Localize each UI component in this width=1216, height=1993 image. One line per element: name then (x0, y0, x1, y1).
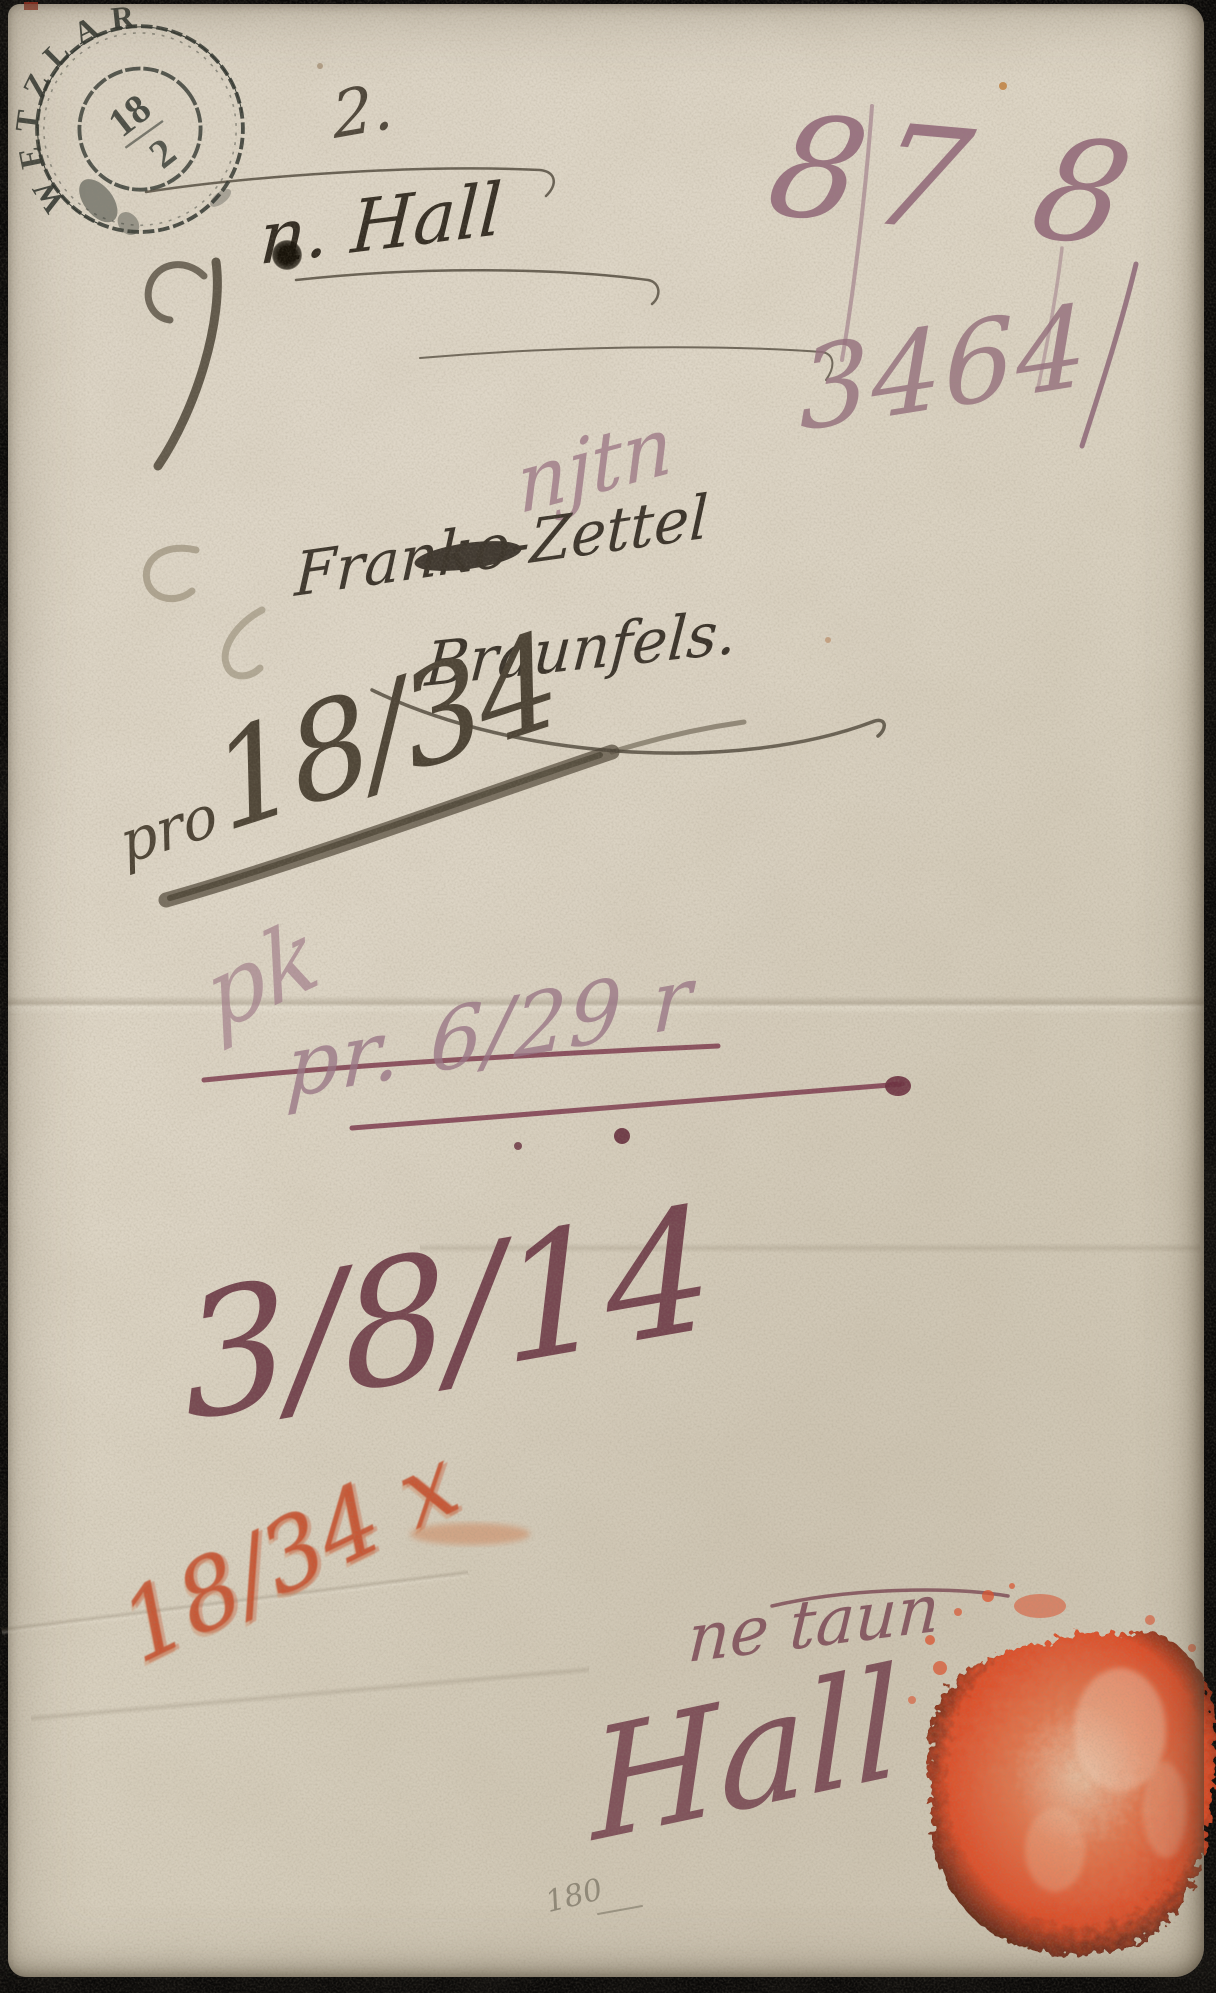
seal-layer (0, 0, 1216, 1993)
scanned-letter: WETZLAR 18 2 (0, 0, 1216, 1993)
crayon-smudge (410, 1523, 530, 1545)
seal-light-patch (1143, 1762, 1187, 1858)
seal-light-patch (1025, 1808, 1085, 1892)
